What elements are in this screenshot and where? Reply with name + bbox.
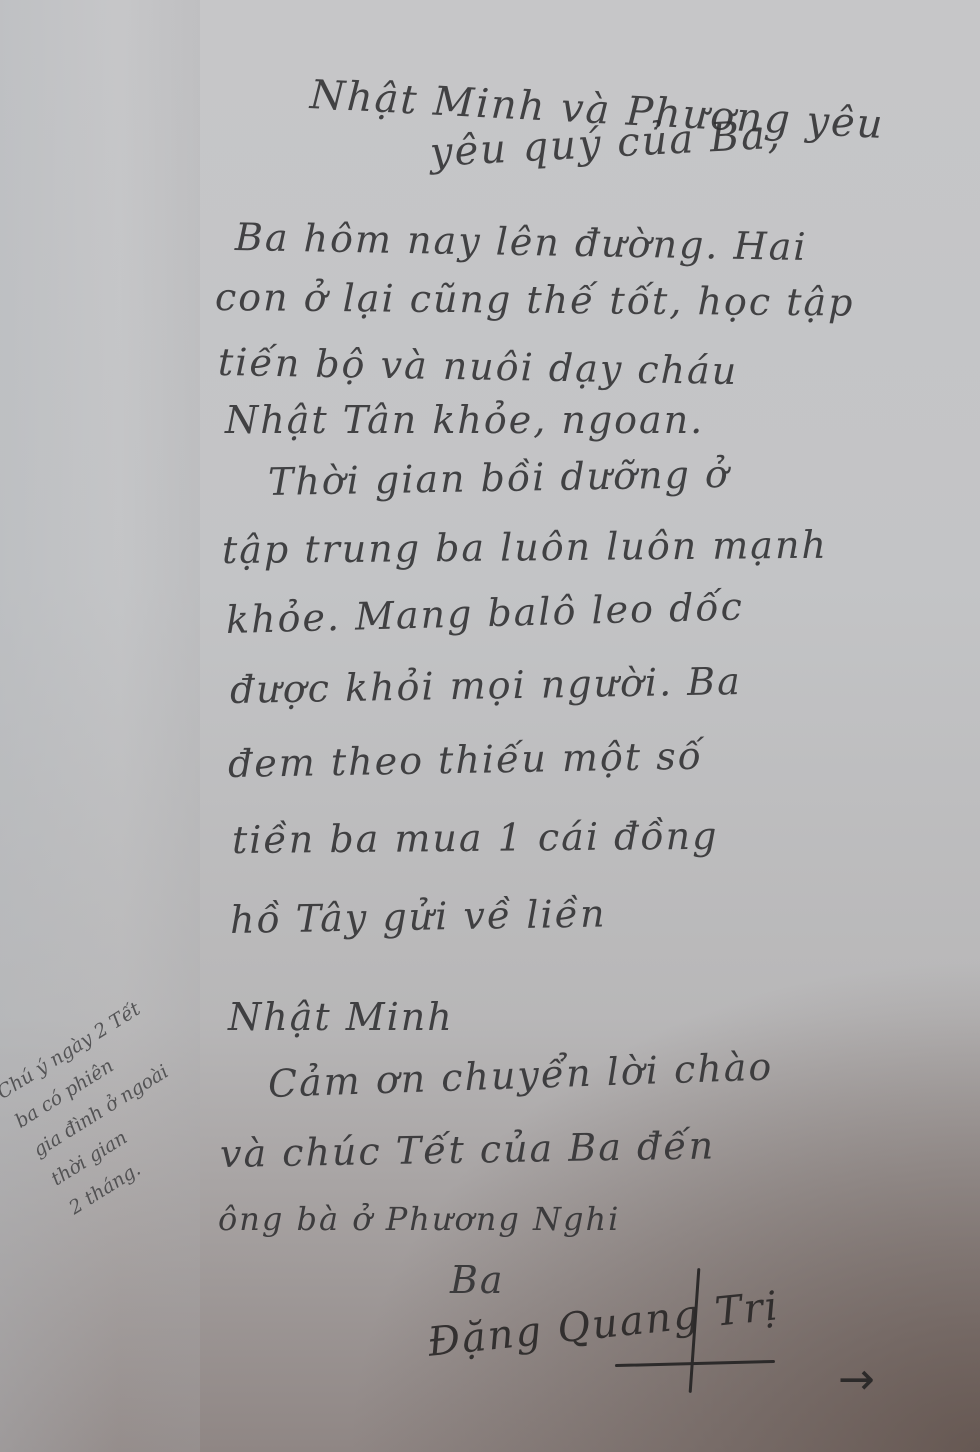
body-line: hồ Tây gửi về liền — [230, 891, 607, 942]
body-line: tập trung ba luôn luôn mạnh — [222, 523, 828, 572]
body-line: đem theo thiếu một số — [228, 734, 704, 786]
margin-note: Chú ý ngày 2 Tết ba có phiên gia đình ở … — [0, 993, 220, 1224]
body-line: tiền ba mua 1 cái đồng — [232, 814, 719, 862]
body-line: khỏe. Mang balô leo dốc — [225, 584, 744, 642]
postscript-line: và chúc Tết của Ba đến — [220, 1123, 716, 1176]
signature-underline — [615, 1360, 775, 1367]
closing: Ba — [450, 1258, 505, 1302]
body-line: con ở lại cũng thế tốt, học tập — [215, 275, 855, 325]
arrow-right-icon: → — [838, 1358, 875, 1402]
postscript-addressee: Nhật Minh — [228, 995, 454, 1039]
body-line: Thời gian bồi dưỡng ở — [268, 452, 731, 504]
body-line: tiến bộ và nuôi dạy cháu — [218, 340, 739, 393]
paper-shadow — [0, 0, 200, 1452]
body-line: Nhật Tân khỏe, ngoan. — [225, 398, 704, 442]
postscript-line: ông bà ở Phương Nghi — [218, 1200, 620, 1238]
body-line: được khỏi mọi người. Ba — [230, 659, 743, 712]
postscript-line: Cảm ơn chuyển lời chào — [267, 1044, 774, 1106]
body-line: Ba hôm nay lên đường. Hai — [235, 215, 808, 269]
